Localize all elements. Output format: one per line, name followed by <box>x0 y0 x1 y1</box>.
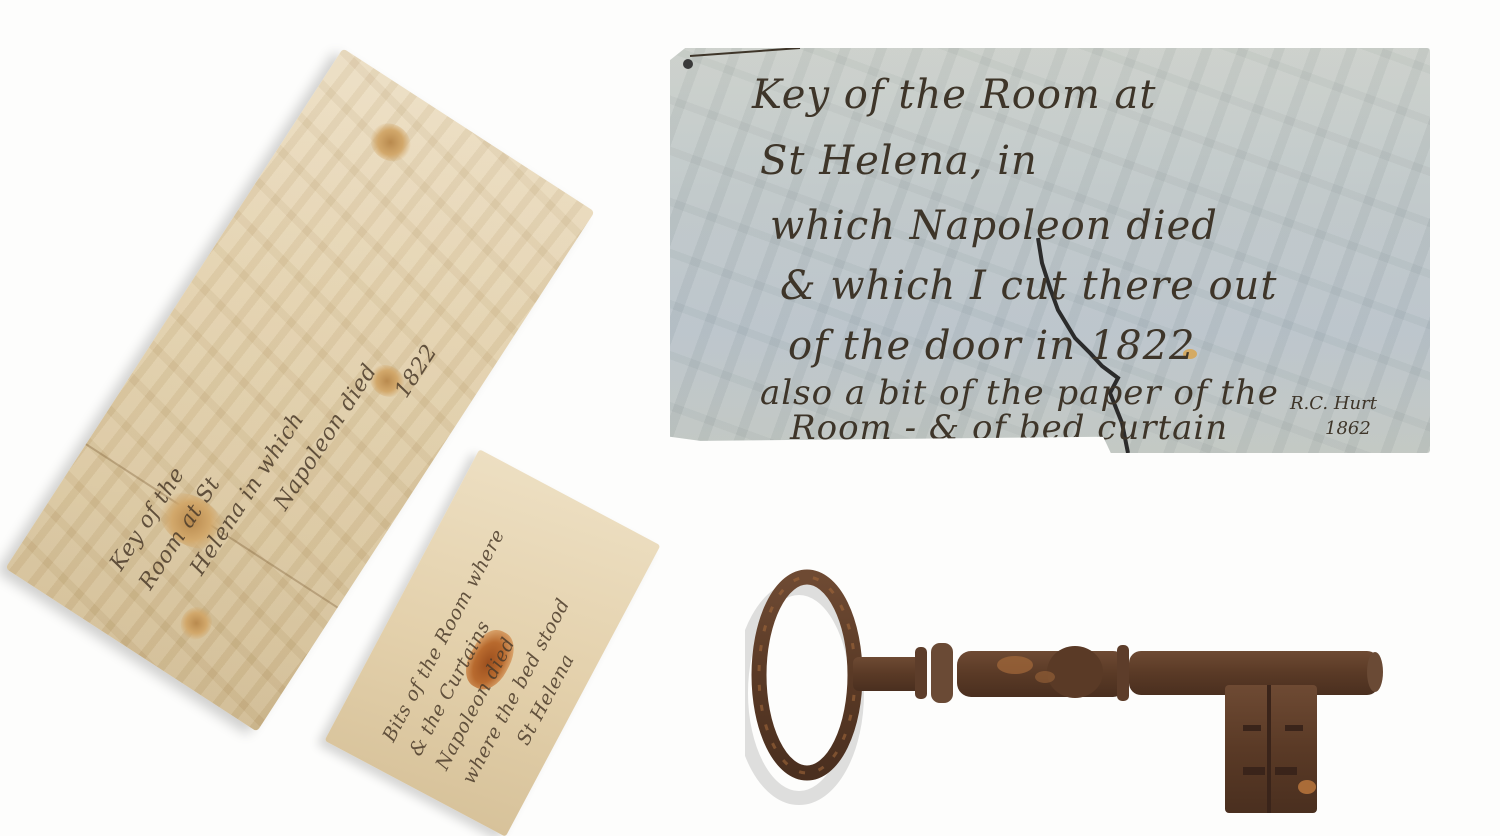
inscription-line: which Napoleon died <box>770 203 1218 249</box>
rusted-key <box>745 555 1385 820</box>
paper-stain <box>363 116 418 169</box>
inscription-line: Room - & of bed curtain <box>790 408 1228 448</box>
date: 1862 <box>1325 418 1371 439</box>
blue-envelope: Key of the Room at St Helena, in which N… <box>670 48 1430 453</box>
artifact-photograph: Key of the Room at St Helena in which Na… <box>0 0 1500 836</box>
inscription-line: & which I cut there out <box>780 263 1277 309</box>
inscription-line: of the door in 1822 <box>788 323 1196 369</box>
signature: R.C. Hurt <box>1290 393 1377 414</box>
inscription-line: also a bit of the paper of the <box>760 373 1279 413</box>
inscription-line: Key of the Room at <box>752 72 1156 118</box>
paper-stain <box>174 601 218 646</box>
inscription-line: St Helena, in <box>760 138 1038 184</box>
